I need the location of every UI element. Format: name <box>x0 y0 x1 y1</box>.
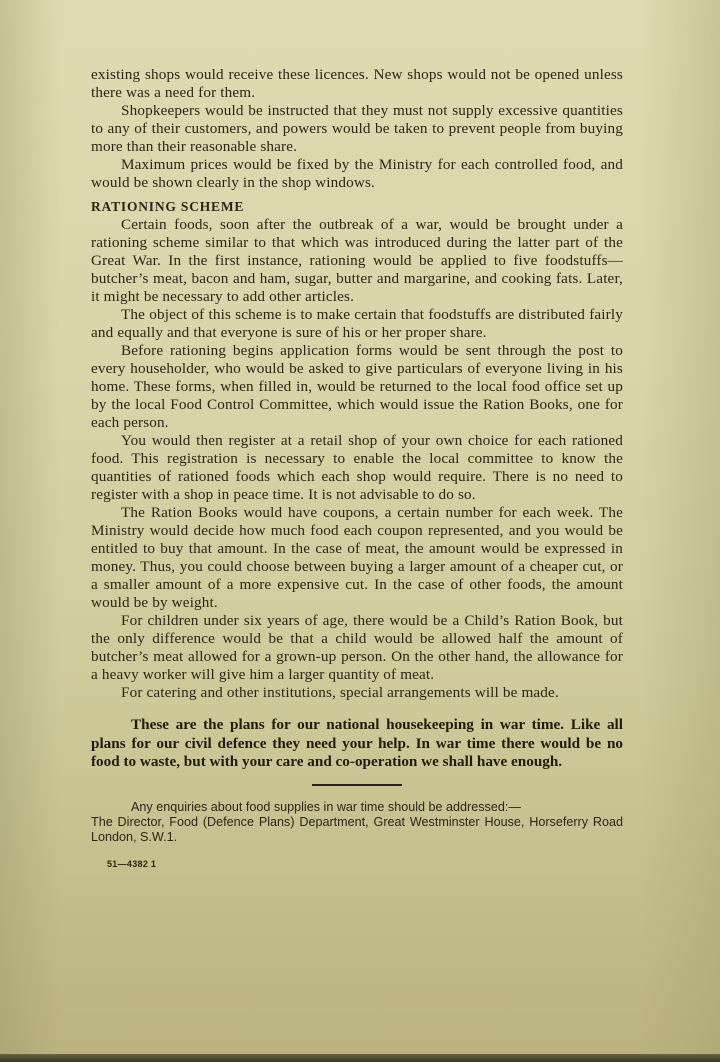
document-page: existing shops would receive these licen… <box>91 66 623 869</box>
closing-statement: These are the plans for our national hou… <box>91 716 623 772</box>
paragraph-maximum-prices: Maximum prices would be fixed by the Min… <box>91 156 623 192</box>
divider-rule <box>312 784 402 786</box>
paragraph-coupons: The Ration Books would have coupons, a c… <box>91 504 623 612</box>
paper-shadow-left <box>0 0 60 1062</box>
paper-shadow-right <box>640 0 720 1062</box>
paragraph-shopkeepers: Shopkeepers would be instructed that the… <box>91 102 623 156</box>
section-heading: RATIONING SCHEME <box>91 198 623 216</box>
paragraph-application-forms: Before rationing begins application form… <box>91 342 623 432</box>
print-code: 51—4382 1 <box>107 859 623 869</box>
enquiry-notice: Any enquiries about food supplies in war… <box>91 800 623 845</box>
paragraph-certain-foods: Certain foods, soon after the outbreak o… <box>91 216 623 306</box>
paragraph-children: For children under six years of age, the… <box>91 612 623 684</box>
paragraph-register: You would then register at a retail shop… <box>91 432 623 504</box>
paragraph-object: The object of this scheme is to make cer… <box>91 306 623 342</box>
paragraph-catering: For catering and other institutions, spe… <box>91 684 623 702</box>
paragraph-licences: existing shops would receive these licen… <box>91 66 623 102</box>
enquiry-address: The Director, Food (Defence Plans) Depar… <box>91 815 623 844</box>
enquiry-line-1: Any enquiries about food supplies in war… <box>91 800 623 815</box>
page-bottom-edge <box>0 1054 720 1062</box>
